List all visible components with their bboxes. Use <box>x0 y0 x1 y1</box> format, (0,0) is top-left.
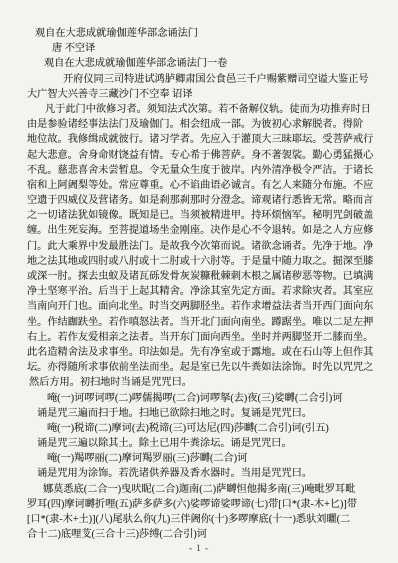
text-line: 大广智大兴善寺三藏沙门不空奉 诏译 <box>27 87 373 102</box>
text-line: 宿和上阿阇梨等处。常应尊重。心不谄曲语必诚言。有乞人来随分布施。不应 <box>27 178 373 193</box>
text-line: 凡于此门中欲修习者。须知法式次第。若不备解仪轨。徒而为功推弃时日 <box>27 102 373 117</box>
text-line: 地之法其地或四肘或八肘或十二肘或十六肘等。于是量中随力取之。掘深至膝 <box>27 254 373 269</box>
text-line: 此名造精舍法及求事坐。印法如是。先有净室或于露地。或在石山等上但作其 <box>27 345 373 360</box>
text-line: 由是参验诸经事法法门及瑜伽门。相会纽成一部。为彼初心求解脱者。得阶 <box>27 117 373 132</box>
text-line: 诵是咒三遍以除其土。除土已用牛粪涂坛。诵是咒咒曰。 <box>27 436 373 451</box>
text-line: 唐 不空译 <box>27 41 373 56</box>
text-line: 空遗于四威仪及营诸务。如是刹那刹那时分澄念。谛观诸行悉皆无常。略而言 <box>27 193 373 208</box>
text-line: 坛。亦得随所求事依前坐法而坐。起是室已先以牛粪如法涂饰。时先以咒咒之 <box>27 360 373 375</box>
text-line: 诵是咒三遍而扫于地。扫地已欲除扫地之时。复诵是咒咒曰。 <box>27 406 373 421</box>
text-line: 然后方用。初扫地时当诵是咒咒曰。 <box>27 375 373 390</box>
text-line: 合十二)底哩芆(三合十三)莎缚(二合引)诃 <box>27 527 373 542</box>
text-line: 开府仪同三司特进试鸿胪卿肃国公食邑三千户赐紫赠司空谥大鉴正号 <box>27 72 373 87</box>
text-line: 起大悲意。舍身命财饶益有情。专心希于佛菩萨。身不著袈裟。勤心勇猛摄心 <box>27 148 373 163</box>
text-line: 诵是咒用为涂饰。若洗诸供养器及香水器时。当用是咒咒曰。 <box>27 466 373 481</box>
text-line: 唵(一)诃啰诃啰(二)啰儒揭啰(二合)诃啰拏(去)夜(三)娑嚩(二合引)诃 <box>27 391 373 406</box>
text-line: [口*(隶-木+土)](八)尾驮么你(九)三伴阇你(十)多啰摩底(十一)悉驮刘曬… <box>27 512 373 527</box>
text-line: 之一切诸法犹如镜像。既知是已。当须被精进甲。持环烦恼军。秘明咒剑破盖 <box>27 208 373 223</box>
text-block: 观自在大悲成就瑜伽莲华部念诵法门唐 不空译观自在大悲成就瑜伽莲华部念诵法门一卷开… <box>27 26 373 542</box>
text-line: 或深一肘。探去虫蚁及诸瓦砾发骨灰炭糠秕棘刺木根之属诸秽恶等物。已填满 <box>27 269 373 284</box>
text-line: 缠。出生死妄海。至菩提道场坐金刚座。决作是心不令退转。如是之人方应修 <box>27 223 373 238</box>
text-line: 观自在大悲成就瑜伽莲华部念诵法门 <box>27 26 373 41</box>
text-line: 当南向开门也。面向北坐。时当交两脚胫坐。若作求增益法者当开西门面向东 <box>27 299 373 314</box>
text-line: 净土坚寒平治。后当于上起其精舍。净涂其室先定方面。若求除灾者。其室应 <box>27 284 373 299</box>
text-line: 右上。若作友爱相亲之法者。当开东门面向西坐。坐时并两脚竖开二膝而坐。 <box>27 330 373 345</box>
text-line: 罗耳(四)摩诃嚩折哩(五)萨多萨多(六)娑啰谛娑啰谛(七)带[口*(隶-木+匕)… <box>27 497 373 512</box>
page-number: - 1 - <box>0 543 398 553</box>
scanned-page: 观自在大悲成就瑜伽莲华部念诵法门唐 不空译观自在大悲成就瑜伽莲华部念诵法门一卷开… <box>0 0 398 563</box>
text-line: 门。此大乘界中发最胜法门。是故我今次第而说。诸欲念诵者。先净于地。净 <box>27 239 373 254</box>
text-line: 坐。作结跏趺坐。若作嗔怒法者。当开北门面向南坐。蹲踞坐。唯以二足左押 <box>27 315 373 330</box>
text-line: 唵(一)羯啰丽(二)摩诃羯罗丽(三)莎嚩(二合)诃 <box>27 451 373 466</box>
text-line: 地位故。我修缉成就彼行。诸习学者。先应入于灌顶大三昧耶坛。受菩萨戒行 <box>27 132 373 147</box>
text-line: 观自在大悲成就瑜伽莲华部念诵法门一卷 <box>27 56 373 71</box>
text-line: 不乱。慈悲喜舍未尝暂息。令无量众生度于彼岸。内外清净极令严洁。于诸长 <box>27 163 373 178</box>
text-line: 娜莫悉底(二合一)曳吠眤(二合)迦南(二)萨嚩怛他揭多南(三)唵毗罗耳毗 <box>27 482 373 497</box>
text-line: 唵(一)税谛(二)摩诃(去)税谛(三)可达尼(四)莎嚩(二合引)诃(引五) <box>27 421 373 436</box>
